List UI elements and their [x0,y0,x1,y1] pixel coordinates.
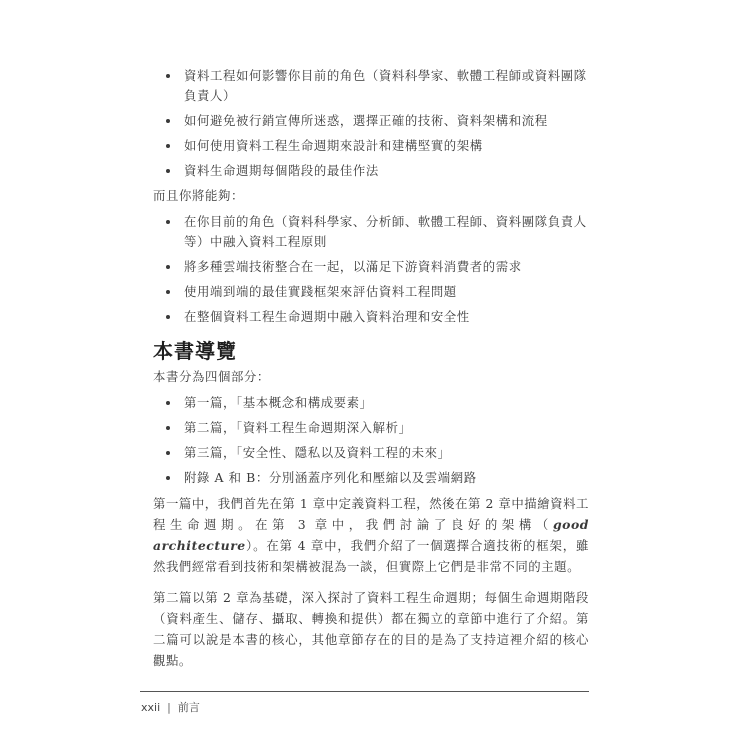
footer-divider [140,691,589,692]
bullet-icon [166,290,170,294]
page-footer: xxii|前言 [141,699,200,715]
chapter-name: 前言 [178,701,200,714]
bullet-icon [166,169,170,173]
page-content: 資料工程如何影響你目前的角色（資料科學家、軟體工程師或資料團隊負責人） 如何避免… [153,66,589,681]
section-heading: 本書導覽 [153,337,589,365]
list-item: 如何避免被行銷宣傳所迷惑，選擇正確的技術、資料架構和流程 [153,111,589,131]
list-item: 附錄 A 和 B：分別涵蓋序列化和壓縮以及雲端網路 [153,468,589,488]
list-item: 使用端到端的最佳實踐框架來評估資料工程問題 [153,282,589,302]
list-item: 在你目前的角色（資料科學家、分析師、軟體工程師、資料團隊負責人等）中融入資料工程… [153,212,589,252]
list-item: 資料工程如何影響你目前的角色（資料科學家、軟體工程師或資料團隊負責人） [153,66,589,106]
list-item: 如何使用資料工程生命週期來設計和建構堅實的架構 [153,136,589,156]
able-lead-text: 而且你將能夠： [153,186,589,206]
paragraph-part-one: 第一篇中，我們首先在第 1 章中定義資料工程，然後在第 2 章中描繪資料工程生命… [153,493,589,577]
bullet-icon [166,451,170,455]
paragraph-part-two: 第二篇以第 2 章為基礎，深入探討了資料工程生命週期；每個生命週期階段（資料產生… [153,587,589,671]
bullet-icon [166,315,170,319]
bullet-icon [166,476,170,480]
intro-bullet-list: 資料工程如何影響你目前的角色（資料科學家、軟體工程師或資料團隊負責人） 如何避免… [153,66,589,181]
footer-separator: | [167,701,171,714]
bullet-icon [166,426,170,430]
bullet-icon [166,74,170,78]
bullet-icon [166,265,170,269]
list-item: 第三篇，「安全性、隱私以及資料工程的未來」 [153,443,589,463]
list-item: 資料生命週期每個階段的最佳作法 [153,161,589,181]
able-bullet-list: 在你目前的角色（資料科學家、分析師、軟體工程師、資料團隊負責人等）中融入資料工程… [153,212,589,327]
bullet-icon [166,119,170,123]
list-item: 第二篇，「資料工程生命週期深入解析」 [153,418,589,438]
bullet-icon [166,401,170,405]
list-item: 第一篇，「基本概念和構成要素」 [153,393,589,413]
list-item: 將多種雲端技術整合在一起，以滿足下游資料消費者的需求 [153,257,589,277]
bullet-icon [166,144,170,148]
page-number: xxii [141,701,160,714]
list-item: 在整個資料工程生命週期中融入資料治理和安全性 [153,307,589,327]
bullet-icon [166,220,170,224]
section-lead-text: 本書分為四個部分： [153,367,589,387]
parts-bullet-list: 第一篇，「基本概念和構成要素」 第二篇，「資料工程生命週期深入解析」 第三篇，「… [153,393,589,488]
